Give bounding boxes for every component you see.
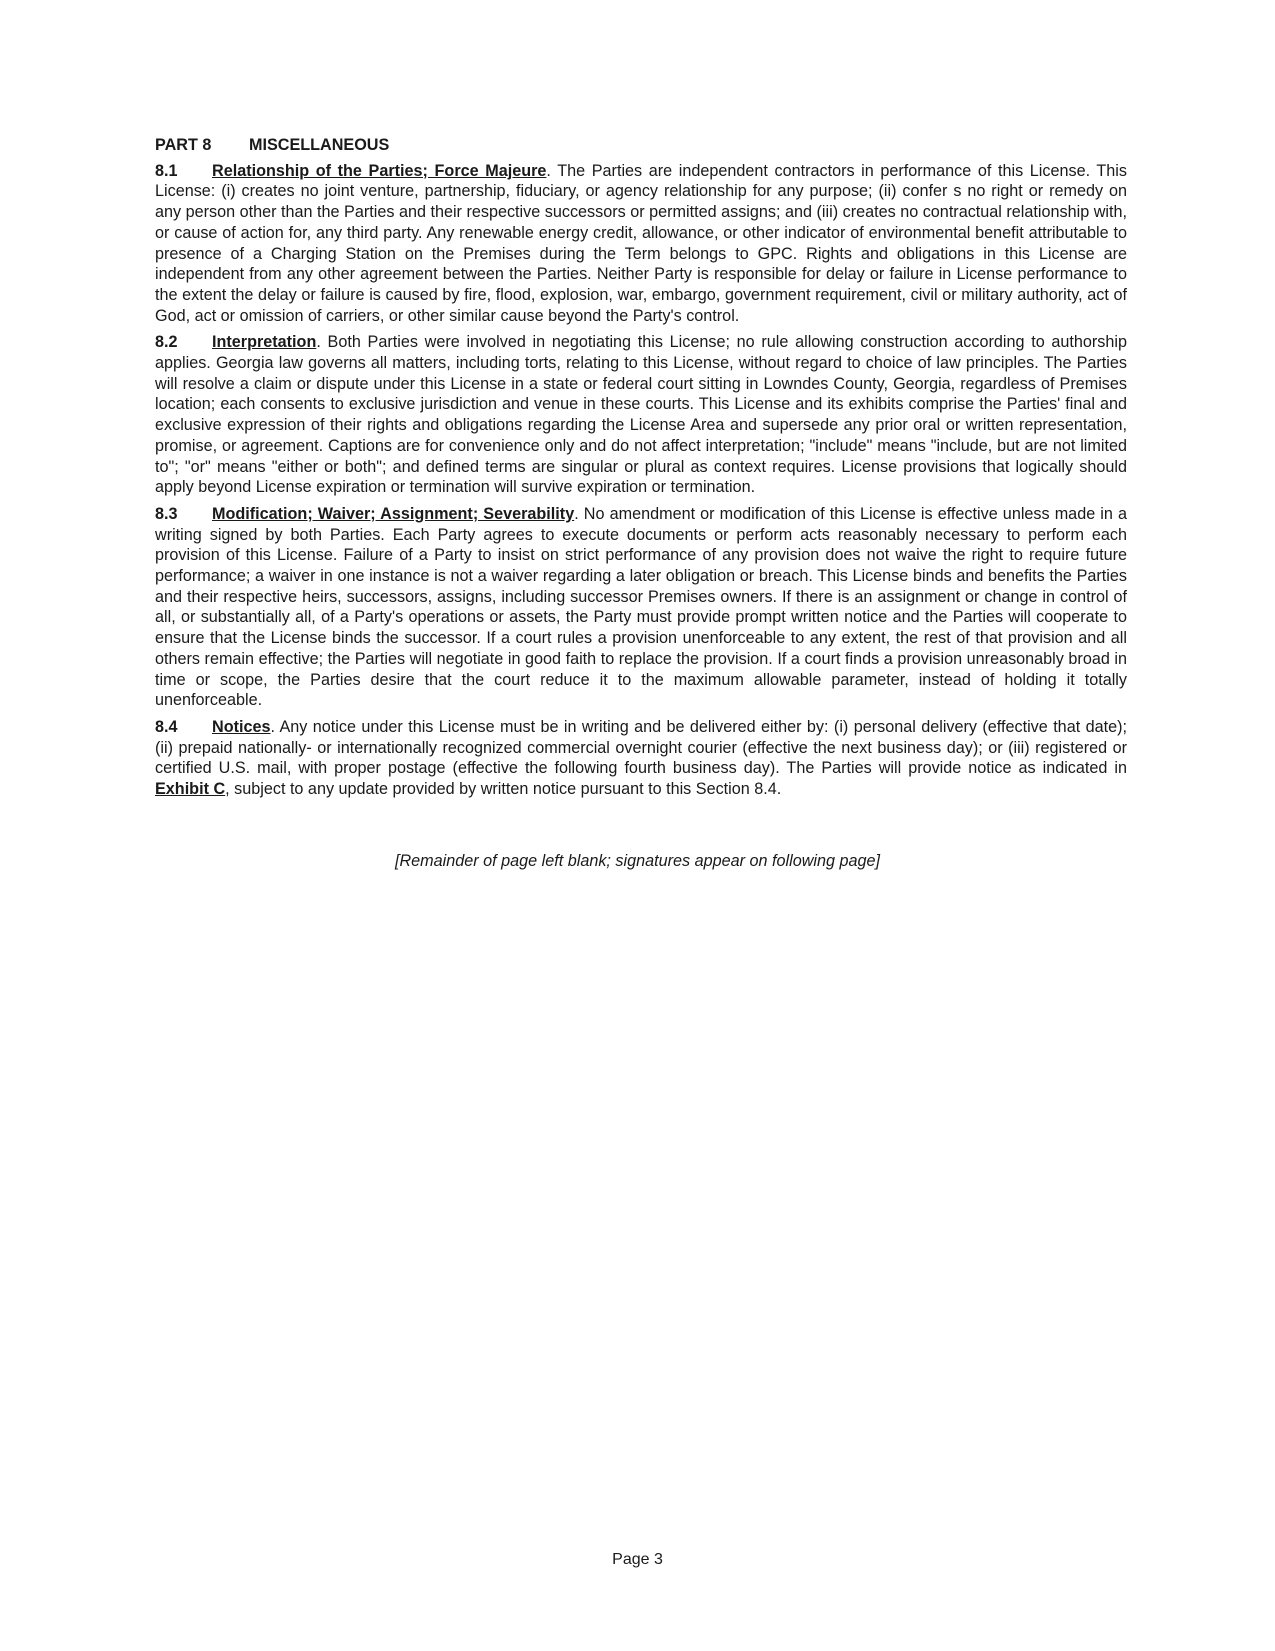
section-title: Notices (212, 718, 270, 736)
section-8-4: 8.4Notices. Any notice under this Licens… (155, 717, 1127, 800)
part-title: MISCELLANEOUS (249, 136, 389, 154)
section-body-continued: , subject to any update provided by writ… (225, 780, 781, 798)
section-8-1: 8.1Relationship of the Parties; Force Ma… (155, 161, 1127, 327)
section-8-2: 8.2Interpretation. Both Parties were inv… (155, 332, 1127, 498)
section-number: 8.1 (155, 161, 212, 182)
section-title: Relationship of the Parties; Force Majeu… (212, 162, 546, 180)
part-heading: PART 8MISCELLANEOUS (155, 135, 1127, 156)
section-title: Modification; Waiver; Assignment; Severa… (212, 505, 574, 523)
section-8-3: 8.3Modification; Waiver; Assignment; Sev… (155, 504, 1127, 711)
document-page: PART 8MISCELLANEOUS 8.1Relationship of t… (155, 135, 1127, 806)
part-number: PART 8 (155, 135, 249, 156)
remainder-note: [Remainder of page left blank; signature… (0, 852, 1275, 871)
section-number: 8.2 (155, 332, 212, 353)
section-title: Interpretation (212, 333, 316, 351)
page-number: Page 3 (0, 1551, 1275, 1569)
section-body: . No amendment or modification of this L… (155, 505, 1127, 709)
section-number: 8.4 (155, 717, 212, 738)
section-body: . Both Parties were involved in negotiat… (155, 333, 1127, 496)
section-body: . The Parties are independent contractor… (155, 162, 1127, 325)
section-number: 8.3 (155, 504, 212, 525)
section-body: . Any notice under this License must be … (155, 718, 1127, 777)
exhibit-c-reference: Exhibit C (155, 780, 225, 798)
